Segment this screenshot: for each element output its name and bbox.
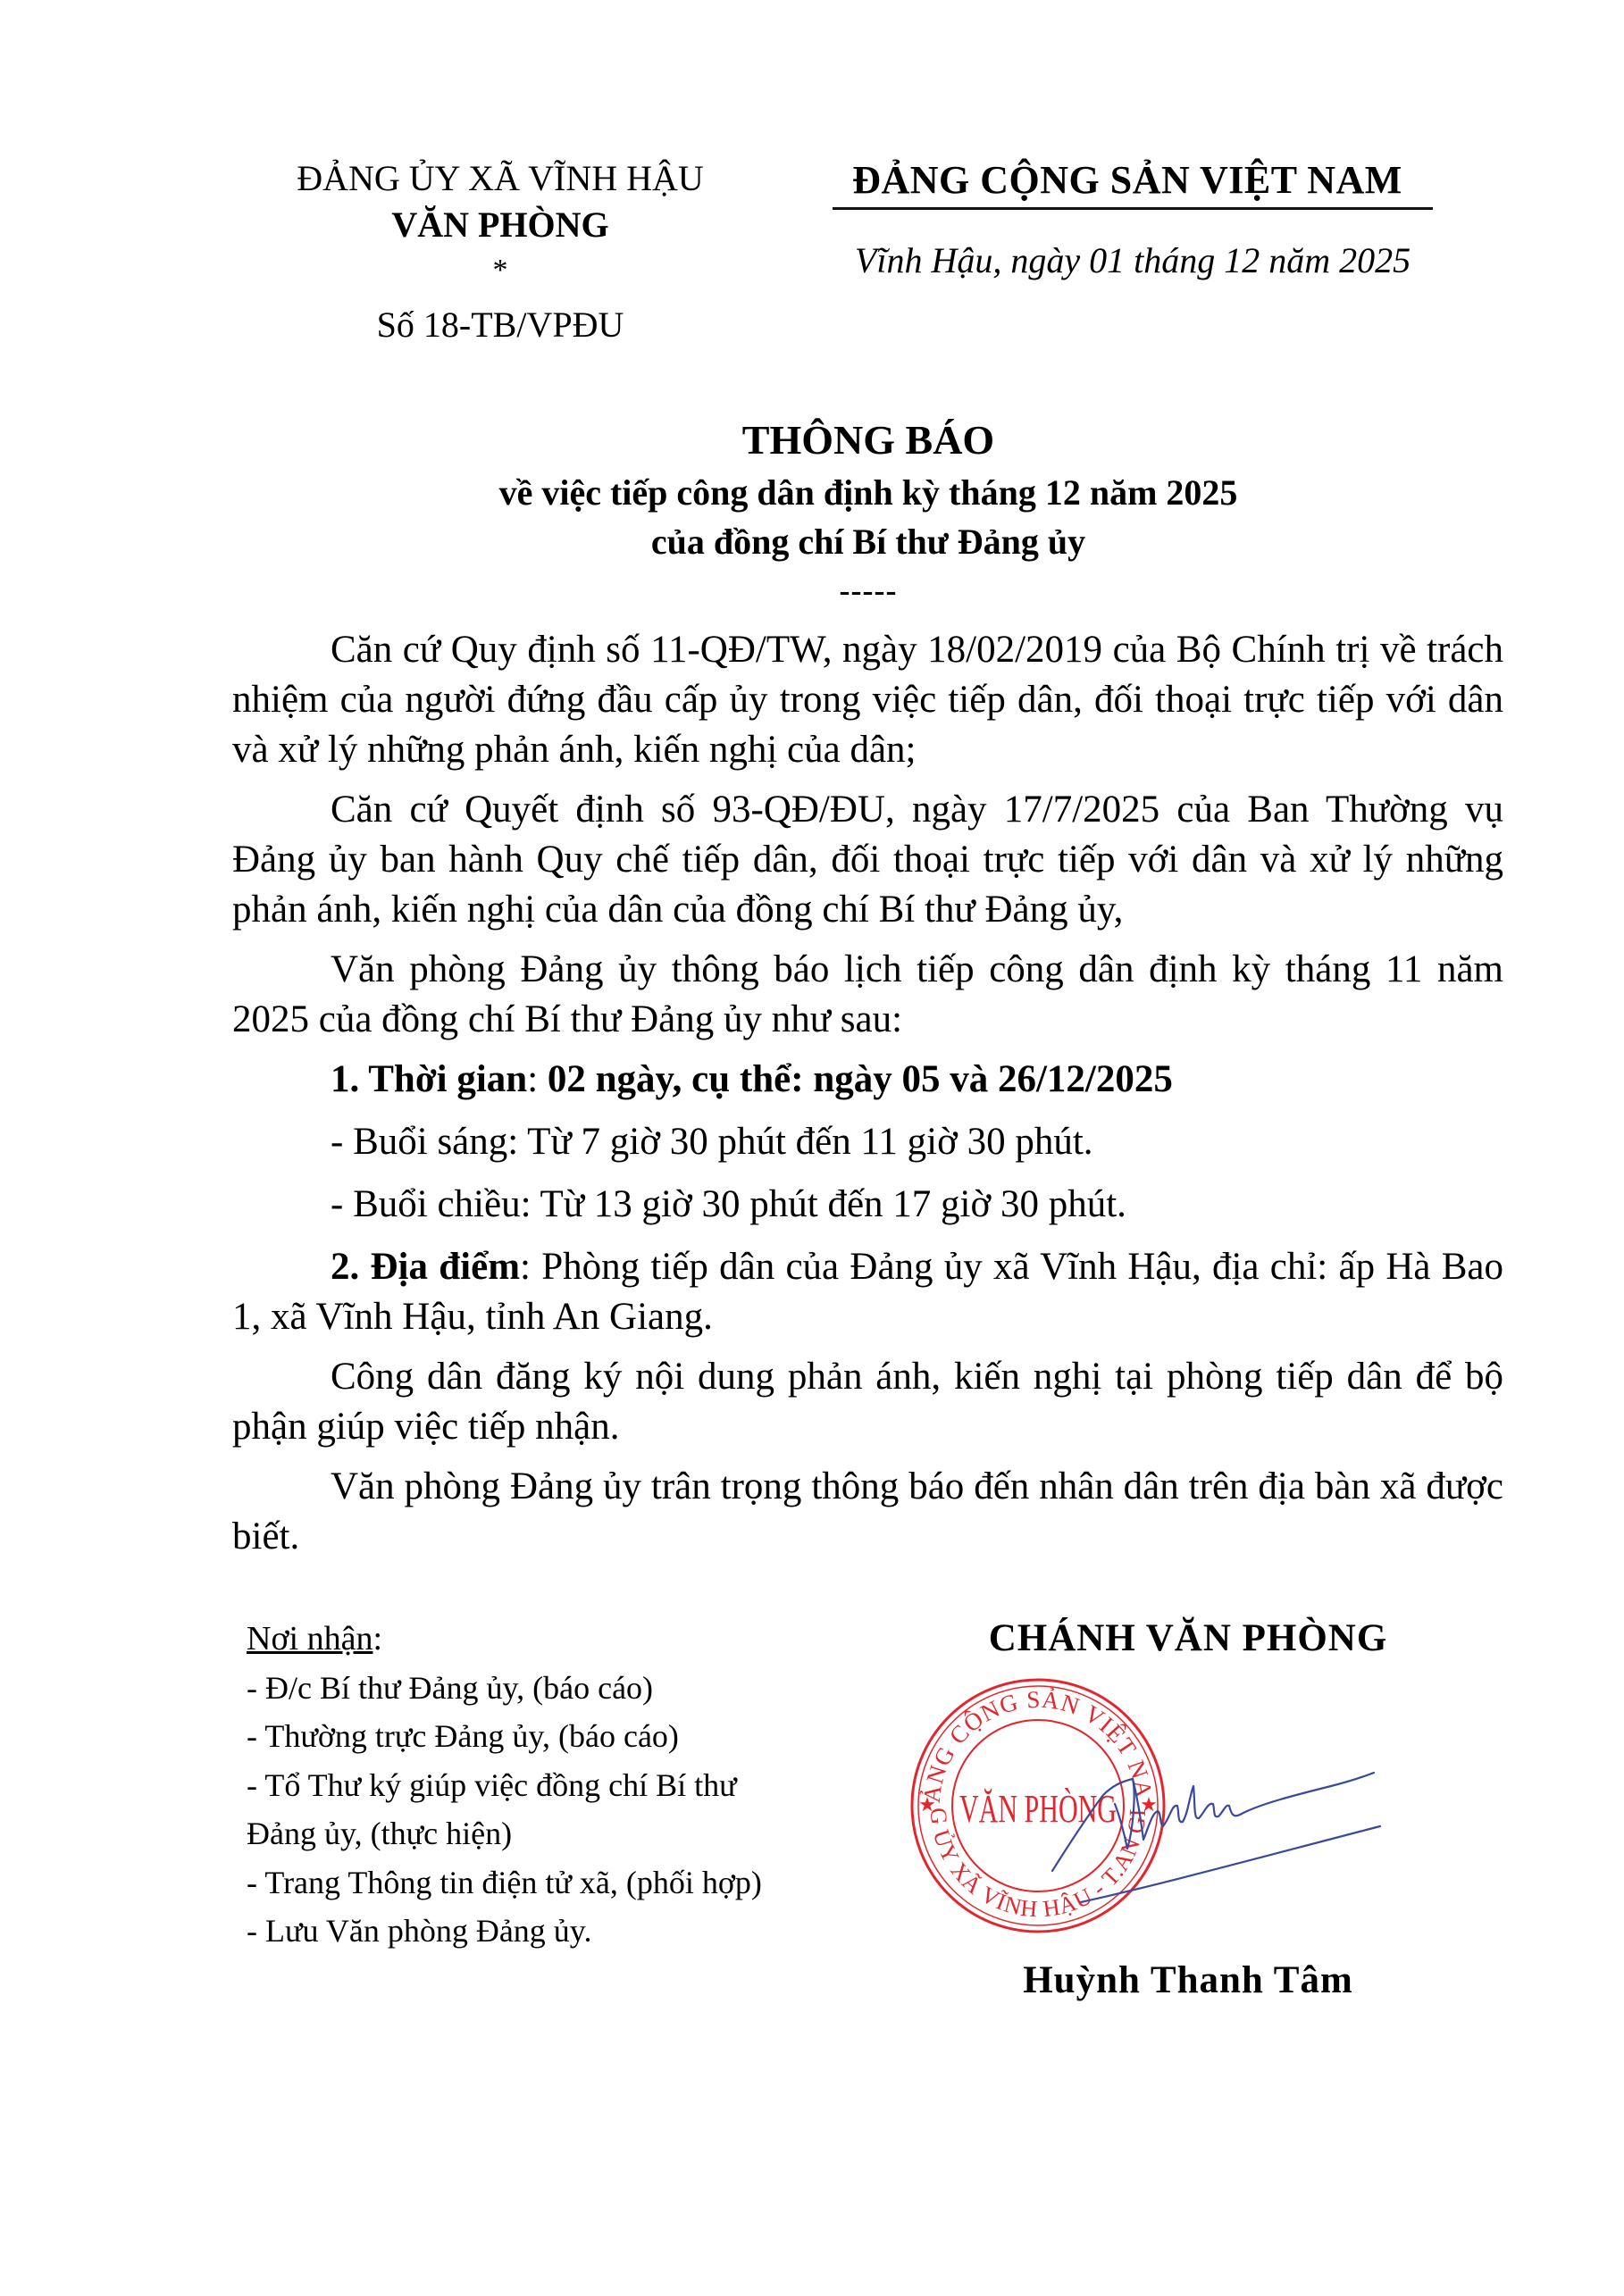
item-location-label: 2. Địa điểm <box>331 1246 520 1288</box>
recipient-line: - Trang Thông tin điện tử xã, (phối hợp) <box>247 1858 762 1908</box>
schedule-morning: - Buổi sáng: Từ 7 giờ 30 phút đến 11 giờ… <box>232 1117 1503 1167</box>
handwritten-signature-icon <box>1027 1741 1402 1938</box>
document-title: THÔNG BÁO <box>742 416 994 463</box>
signer-title: CHÁNH VĂN PHÒNG <box>989 1616 1388 1660</box>
recipients-block: Nơi nhận: - Đ/c Bí thư Đảng ủy, (báo cáo… <box>247 1615 762 1956</box>
item-location-colon: : <box>520 1246 541 1288</box>
item-location: 2. Địa điểm: Phòng tiếp dân của Đảng ủy … <box>232 1242 1503 1342</box>
closing-paragraph: Văn phòng Đảng ủy trân trọng thông báo đ… <box>232 1462 1503 1562</box>
registration-paragraph: Công dân đăng ký nội dung phản ánh, kiến… <box>232 1352 1503 1452</box>
legal-basis-paragraph-1: Căn cứ Quy định số 11-QĐ/TW, ngày 18/02/… <box>232 625 1503 775</box>
svg-text:★: ★ <box>918 1793 936 1816</box>
title-divider: ----- <box>840 572 898 609</box>
document-subtitle-line-2: của đồng chí Bí thư Đảng ủy <box>651 521 1085 563</box>
announcement-paragraph: Văn phòng Đảng ủy thông báo lịch tiếp cô… <box>232 945 1503 1045</box>
recipient-line: - Đ/c Bí thư Đảng ủy, (báo cáo) <box>247 1664 762 1713</box>
document-body: Căn cứ Quy định số 11-QĐ/TW, ngày 18/02/… <box>232 625 1503 1572</box>
recipient-line: - Thường trực Đảng ủy, (báo cáo) <box>247 1712 762 1761</box>
schedule-afternoon: - Buổi chiều: Từ 13 giờ 30 phút đến 17 g… <box>232 1180 1503 1230</box>
signer-name: Huỳnh Thanh Tâm <box>1023 1958 1353 2002</box>
document-number: Số 18-TB/VPĐU <box>377 304 624 346</box>
recipient-line: - Lưu Văn phòng Đảng ủy. <box>247 1907 762 1956</box>
recipient-line: - Tổ Thư ký giúp việc đồng chí Bí thư <box>247 1761 762 1810</box>
item-time: 1. Thời gian: 02 ngày, cụ thể: ngày 05 v… <box>232 1055 1503 1105</box>
recipients-label-colon: : <box>373 1620 382 1657</box>
party-name-heading: ĐẢNG CỘNG SẢN VIỆT NAM <box>852 157 1402 203</box>
place-and-date: Vĩnh Hậu, ngày 01 tháng 12 năm 2025 <box>855 239 1411 281</box>
recipient-line: Đảng ủy, (thực hiện) <box>247 1809 762 1858</box>
issuing-unit: VĂN PHÒNG <box>391 204 608 246</box>
recipients-label: Nơi nhận <box>247 1620 373 1657</box>
issuing-organization: ĐẢNG ỦY XÃ VĨNH HẬU <box>297 157 704 199</box>
legal-basis-paragraph-2: Căn cứ Quyết định số 93-QĐ/ĐU, ngày 17/7… <box>232 785 1503 935</box>
item-time-colon: : <box>527 1058 548 1100</box>
item-time-value: 02 ngày, cụ thể: ngày 05 và 26/12/2025 <box>548 1058 1173 1100</box>
document-subtitle: về việc tiếp công dân định kỳ tháng 12 n… <box>499 472 1238 513</box>
party-name-underline <box>833 207 1433 210</box>
header-star: * <box>493 254 508 288</box>
item-time-label: 1. Thời gian <box>331 1058 527 1100</box>
